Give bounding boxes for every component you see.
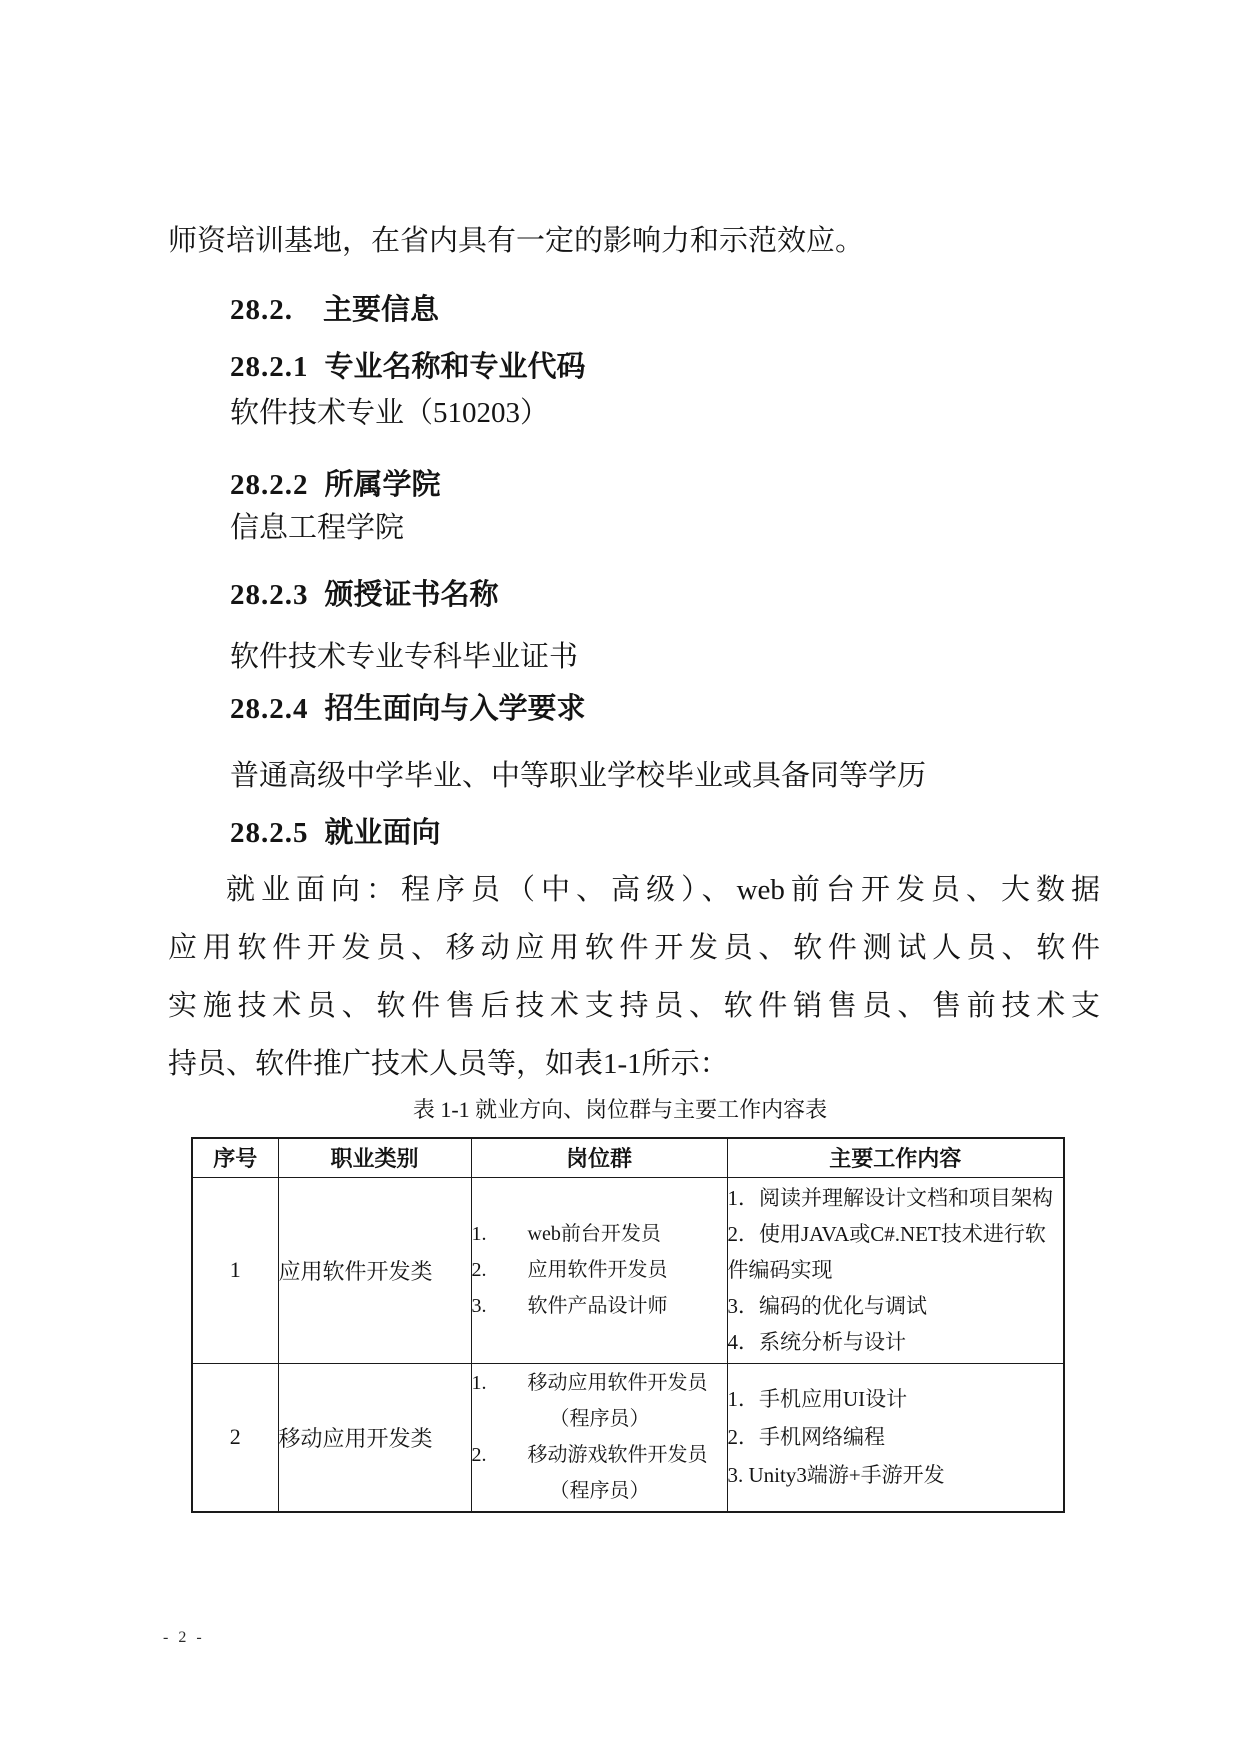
heading-28-2-5: 28.2.5就业面向 (230, 816, 441, 850)
position-text: 移动游戏软件开发员 (528, 1437, 727, 1473)
section-body-major-name: 软件技术专业（510203） (230, 396, 549, 430)
heading-28-2-3: 28.2.3颁授证书名称 (230, 578, 499, 612)
heading-title: 就业面向 (325, 817, 441, 849)
position-text: 应用软件开发员 (528, 1252, 727, 1288)
duty-item: 2．手机网络编程 (728, 1418, 1064, 1456)
duty-item: 4．系统分析与设计 (728, 1324, 1064, 1360)
employment-table: 序号 职业类别 岗位群 主要工作内容 1 应用软件开发类 1. web前台开发员… (191, 1137, 1065, 1513)
duty-item: 3．编码的优化与调试 (728, 1288, 1064, 1324)
cell-positions: 1. 移动应用软件开发员 （程序员） 2. 移动游戏软件开发员 （程序员） (471, 1363, 727, 1512)
employment-paragraph-line: 就业面向：程序员（中、高级）、web前台开发员、大数据 (168, 873, 1100, 907)
heading-title: 专业名称和专业代码 (325, 351, 586, 383)
position-number: 1. (472, 1365, 528, 1437)
column-header-category: 职业类别 (278, 1138, 471, 1177)
heading-number: 28.2.2 (230, 469, 309, 501)
heading-number: 28.2. (230, 294, 293, 326)
cell-category: 移动应用开发类 (278, 1363, 471, 1512)
heading-title: 主要信息 (323, 294, 439, 326)
cell-category: 应用软件开发类 (278, 1177, 471, 1363)
table-header-row: 序号 职业类别 岗位群 主要工作内容 (192, 1138, 1064, 1177)
position-number: 1. (472, 1216, 528, 1252)
table-caption: 表 1-1 就业方向、岗位群与主要工作内容表 (0, 1097, 1240, 1123)
position-item: 2. 移动游戏软件开发员 （程序员） (472, 1437, 727, 1509)
intro-paragraph-line: 师资培训基地，在省内具有一定的影响力和示范效应。 (168, 224, 864, 258)
position-number: 2. (472, 1437, 528, 1509)
position-text: web前台开发员 (528, 1216, 727, 1252)
column-header-no: 序号 (192, 1138, 278, 1177)
position-text: 移动应用软件开发员 (528, 1365, 727, 1401)
position-item: 3. 软件产品设计师 (472, 1288, 727, 1324)
position-text-continuation: （程序员） (528, 1473, 727, 1509)
section-body-certificate: 软件技术专业专科毕业证书 (230, 640, 578, 674)
heading-number: 28.2.1 (230, 351, 309, 383)
position-number: 3. (472, 1288, 528, 1324)
employment-paragraph-line: 实施技术员、软件售后技术支持员、软件销售员、售前技术支 (168, 989, 1100, 1023)
cell-duties: 1．阅读并理解设计文档和项目架构 2．使用JAVA或C#.NET技术进行软件编码… (727, 1177, 1064, 1363)
position-number: 2. (472, 1252, 528, 1288)
position-item: 2. 应用软件开发员 (472, 1252, 727, 1288)
cell-duties: 1．手机应用UI设计 2．手机网络编程 3. Unity3端游+手游开发 (727, 1363, 1064, 1512)
cell-positions: 1. web前台开发员 2. 应用软件开发员 3. 软件产品设计师 (471, 1177, 727, 1363)
duty-item: 1．阅读并理解设计文档和项目架构 (728, 1180, 1064, 1216)
heading-28-2-4: 28.2.4招生面向与入学要求 (230, 692, 586, 726)
duty-item: 3. Unity3端游+手游开发 (728, 1456, 1064, 1494)
heading-number: 28.2.4 (230, 693, 309, 725)
employment-paragraph-line: 应用软件开发员、移动应用软件开发员、软件测试人员、软件 (168, 931, 1100, 965)
position-item: 1. web前台开发员 (472, 1216, 727, 1252)
column-header-positions: 岗位群 (471, 1138, 727, 1177)
duty-item: 1．手机应用UI设计 (728, 1380, 1064, 1418)
heading-title: 颁授证书名称 (325, 579, 499, 611)
position-text: 软件产品设计师 (528, 1288, 727, 1324)
column-header-duties: 主要工作内容 (727, 1138, 1064, 1177)
heading-title: 所属学院 (325, 469, 441, 501)
employment-paragraph-line: 持员、软件推广技术人员等，如表1-1所示： (168, 1047, 1100, 1081)
heading-28-2-2: 28.2.2所属学院 (230, 468, 441, 502)
heading-title: 招生面向与入学要求 (325, 693, 586, 725)
heading-number: 28.2.5 (230, 817, 309, 849)
duty-item: 2．使用JAVA或C#.NET技术进行软件编码实现 (728, 1216, 1064, 1288)
heading-28-2: 28.2.主要信息 (230, 293, 439, 327)
cell-no: 1 (192, 1177, 278, 1363)
section-body-college: 信息工程学院 (230, 511, 404, 545)
table-row: 1 应用软件开发类 1. web前台开发员 2. 应用软件开发员 3. 软件产品… (192, 1177, 1064, 1363)
heading-number: 28.2.3 (230, 579, 309, 611)
section-body-enrollment: 普通高级中学毕业、中等职业学校毕业或具备同等学历 (230, 759, 926, 793)
page-number: - 2 - (163, 1629, 205, 1647)
document-page: 师资培训基地，在省内具有一定的影响力和示范效应。 28.2.主要信息 28.2.… (0, 0, 1240, 1754)
position-text-continuation: （程序员） (528, 1401, 727, 1437)
table-row: 2 移动应用开发类 1. 移动应用软件开发员 （程序员） 2. 移动游戏软件开发… (192, 1363, 1064, 1512)
cell-no: 2 (192, 1363, 278, 1512)
position-item: 1. 移动应用软件开发员 （程序员） (472, 1365, 727, 1437)
heading-28-2-1: 28.2.1专业名称和专业代码 (230, 350, 586, 384)
